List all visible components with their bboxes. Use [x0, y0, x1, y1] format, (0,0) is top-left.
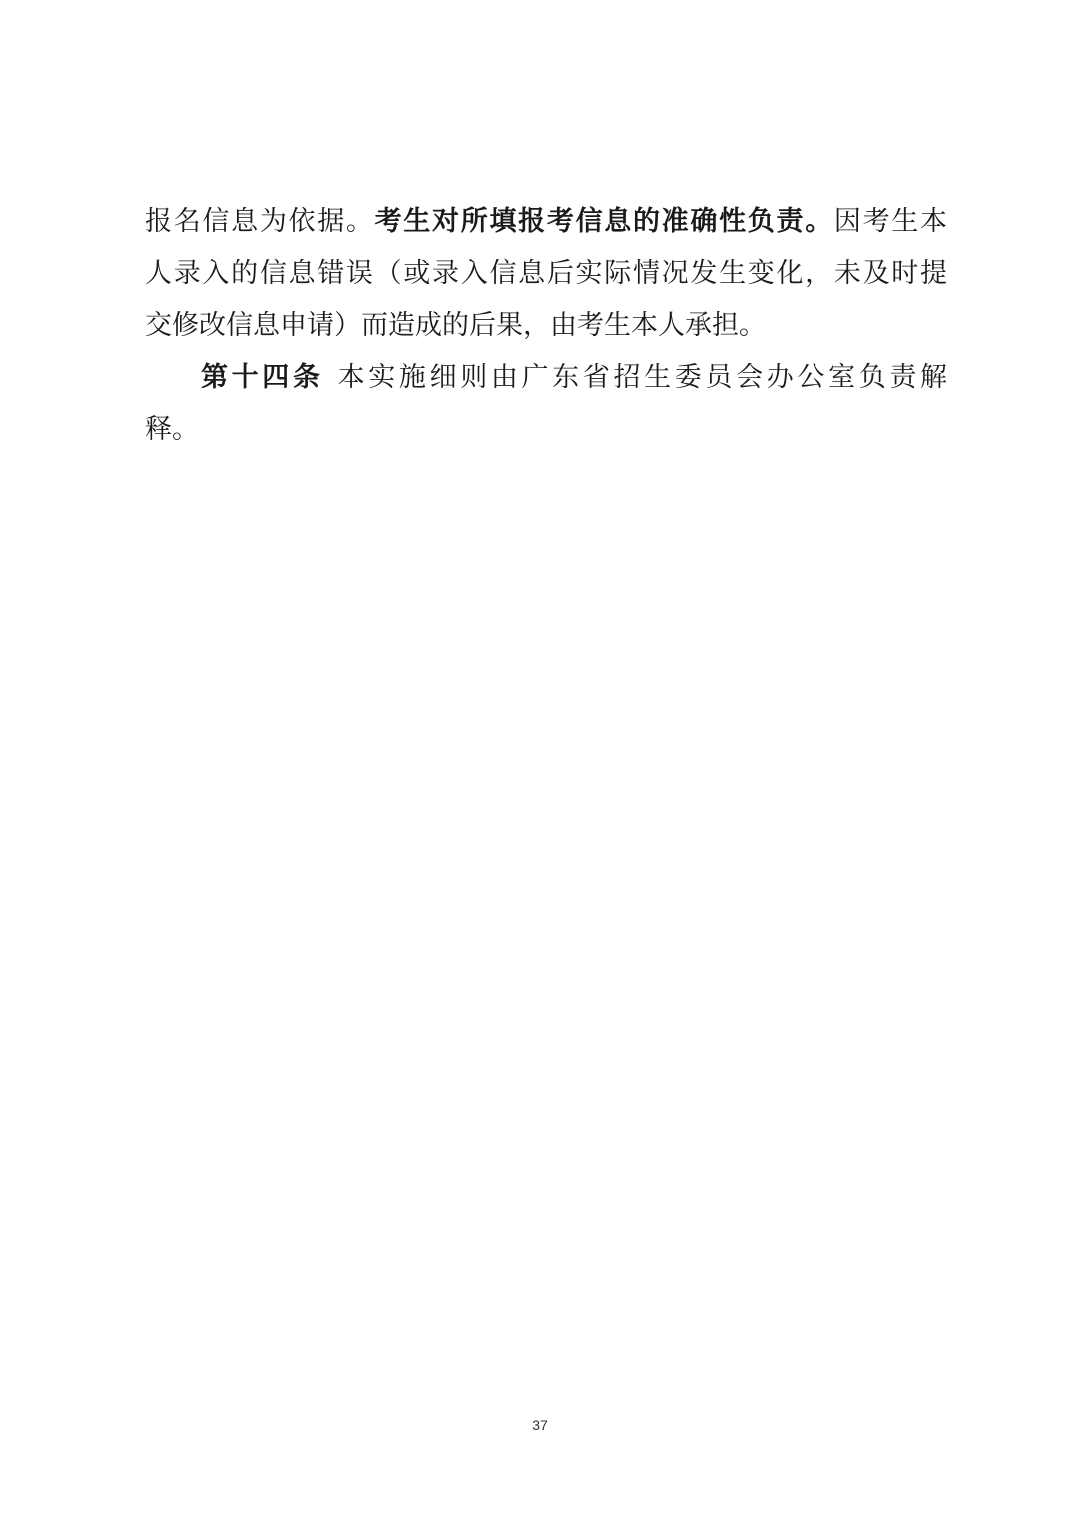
paragraph-1-line-3: 交修改信息申请）而造成的后果，由考生本人承担。	[145, 300, 947, 352]
article-14-line-2: 释。	[145, 404, 947, 456]
paragraph-1-line-2: 人录入的信息错误（或录入信息后实际情况发生变化，未及时提	[145, 248, 947, 300]
responsibility-statement-bold: 考生对所填报考信息的准确性负责。	[375, 206, 834, 237]
article-14-title: 第十四条	[201, 362, 324, 393]
paragraph-1-text-start: 报名信息为依据。	[145, 206, 375, 237]
paragraph-1-line-1: 报名信息为依据。考生对所填报考信息的准确性负责。因考生本	[145, 196, 947, 248]
article-14-line-1: 第十四条本实施细则由广东省招生委员会办公室负责解	[145, 352, 947, 404]
article-14-text: 本实施细则由广东省招生委员会办公室负责解	[338, 362, 947, 393]
document-page: 报名信息为依据。考生对所填报考信息的准确性负责。因考生本 人录入的信息错误（或录…	[0, 0, 1080, 1527]
document-body: 报名信息为依据。考生对所填报考信息的准确性负责。因考生本 人录入的信息错误（或录…	[145, 196, 947, 456]
paragraph-1-text-end: 因考生本	[834, 206, 947, 237]
page-number: 37	[0, 1417, 1080, 1433]
